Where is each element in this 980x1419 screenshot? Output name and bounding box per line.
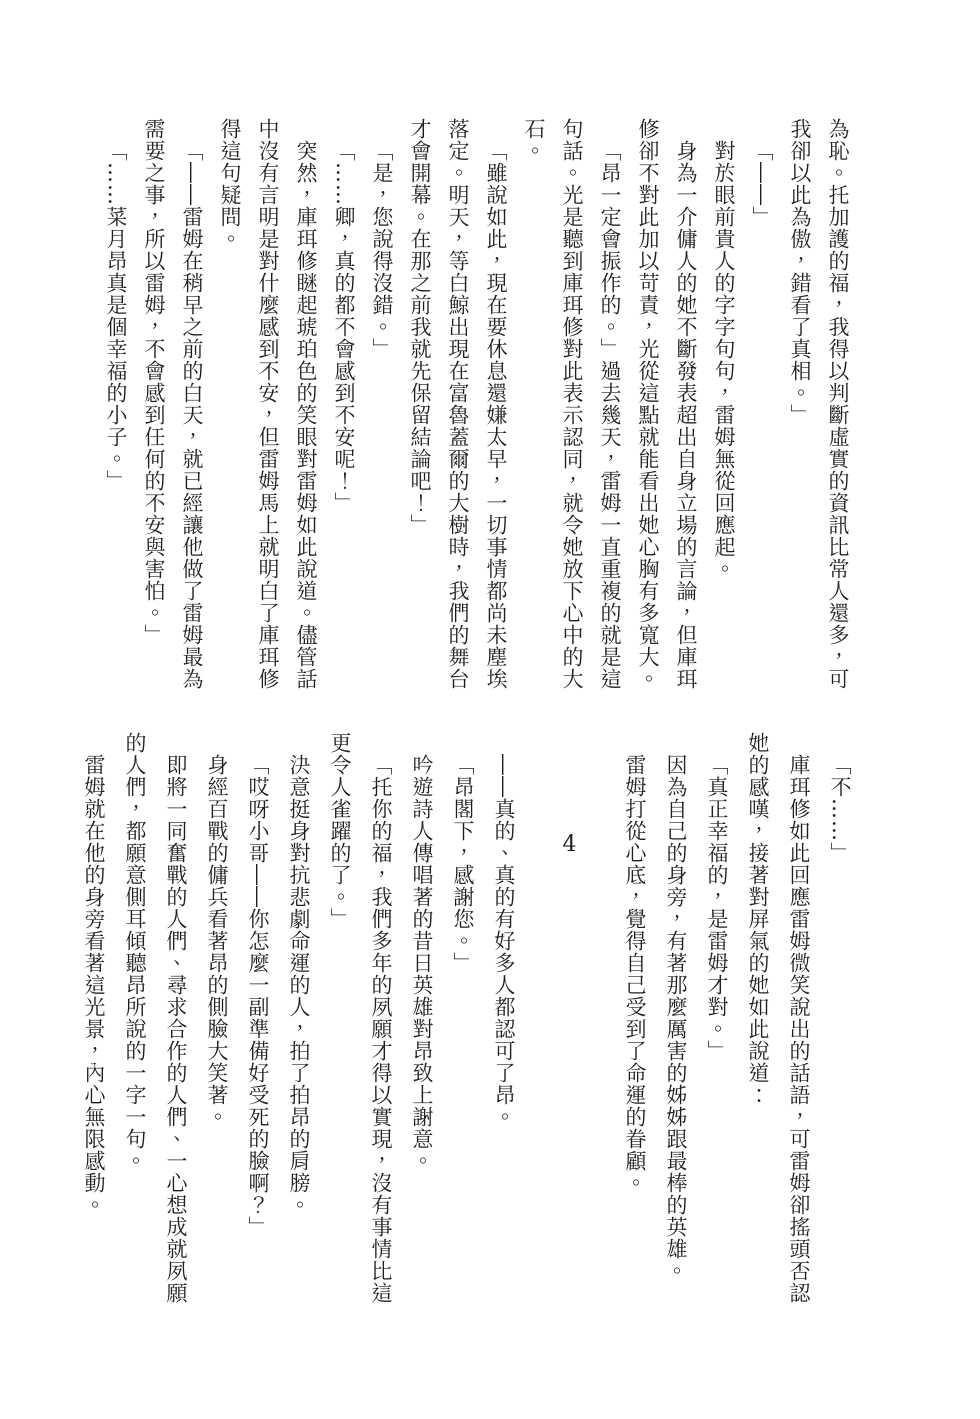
text-line: 雷姆就在他的身旁看著這光景，內心無限感動。: [73, 732, 114, 1344]
text-line: 得這句疑問。: [211, 118, 249, 722]
text-line: 吟遊詩人傳唱著的昔日英雄對昂致上謝意。: [401, 732, 442, 1344]
text-line: 我卻以此為傲，錯看了真相。」: [781, 118, 819, 722]
text-line: 身為一介傭人的她不斷發表超出自身立場的言論，但庫珥: [667, 118, 705, 722]
text-line: ――真的、真的有好多人都認可了昂。: [483, 732, 524, 1344]
bottom-text-block: 「不……」庫珥修如此回應雷姆微笑說出的話語，可雷姆卻搖頭否認她的感嘆，接著對屏氣…: [73, 732, 860, 1344]
text-line: 「――」: [743, 118, 781, 722]
text-line: 「不……」: [819, 732, 860, 1344]
text-line: 因為自己的身旁，有著那麼厲害的姊姊跟最棒的英雄。: [655, 732, 696, 1344]
text-line: 「托你的福，我們多年的夙願才得以實現，沒有事情比這: [360, 732, 401, 1344]
text-line: 身經百戰的傭兵看著昂的側臉大笑著。: [196, 732, 237, 1344]
text-line: 修卻不對此加以苛責，光從這點就能看出她心胸有多寬大。: [629, 118, 667, 722]
text-line: 「真正幸福的，是雷姆才對。」: [696, 732, 737, 1344]
text-line: 「雖說如此，現在要休息還嫌太早，一切事情都尚未塵埃: [477, 118, 515, 722]
text-line: 「昂閣下，感謝您。」: [442, 732, 483, 1344]
book-page: 為恥。托加護的福，我得以判斷虛實的資訊比常人還多，可我卻以此為傲，錯看了真相。」…: [0, 0, 980, 1419]
text-line: 對於眼前貴人的字字句句，雷姆無從回應起。: [705, 118, 743, 722]
text-line: 才會開幕。在那之前我就先保留結論吧！」: [401, 118, 439, 722]
section-number: 4: [524, 732, 614, 1344]
text-line: 庫珥修如此回應雷姆微笑說出的話語，可雷姆卻搖頭否認: [778, 732, 819, 1344]
text-line: 即將一同奮戰的人們、尋求合作的人們、一心想成就夙願: [155, 732, 196, 1344]
text-line: 決意挺身對抗悲劇命運的人，拍了拍昂的肩膀。: [278, 732, 319, 1344]
top-text-block: 為恥。托加護的福，我得以判斷虛實的資訊比常人還多，可我卻以此為傲，錯看了真相。」…: [97, 118, 857, 722]
text-line: 的人們，都願意側耳傾聽昂所說的一字一句。: [114, 732, 155, 1344]
text-line: 她的感嘆，接著對屏氣的她如此說道：: [737, 732, 778, 1344]
text-line: 為恥。托加護的福，我得以判斷虛實的資訊比常人還多，可: [819, 118, 857, 722]
text-line: 石。: [515, 118, 553, 722]
text-line: 落定。明天，等白鯨出現在富魯蓋爾的大樹時，我們的舞台: [439, 118, 477, 722]
text-line: 「……卿，真的都不會感到不安呢！」: [325, 118, 363, 722]
text-line: 「是，您說得沒錯。」: [363, 118, 401, 722]
text-line: 需要之事，所以雷姆，不會感到任何的不安與害怕。」: [135, 118, 173, 722]
text-line: 「……菜月昂真是個幸福的小子。」: [97, 118, 135, 722]
text-line: 「昂一定會振作的。」過去幾天，雷姆一直重複的就是這: [591, 118, 629, 722]
text-line: 「――雷姆在稍早之前的白天，就已經讓他做了雷姆最為: [173, 118, 211, 722]
text-line: 「哎呀小哥――你怎麼一副準備好受死的臉啊？」: [237, 732, 278, 1344]
text-line: 句話。光是聽到庫珥修對此表示認同，就令她放下心中的大: [553, 118, 591, 722]
text-line: 中沒有言明是對什麼感到不安，但雷姆馬上就明白了庫珥修: [249, 118, 287, 722]
text-line: 雷姆打從心底，覺得自己受到了命運的眷顧。: [614, 732, 655, 1344]
text-line: 更令人雀躍的了。」: [319, 732, 360, 1344]
text-line: 突然，庫珥修瞇起琥珀色的笑眼對雷姆如此說道。儘管話: [287, 118, 325, 722]
